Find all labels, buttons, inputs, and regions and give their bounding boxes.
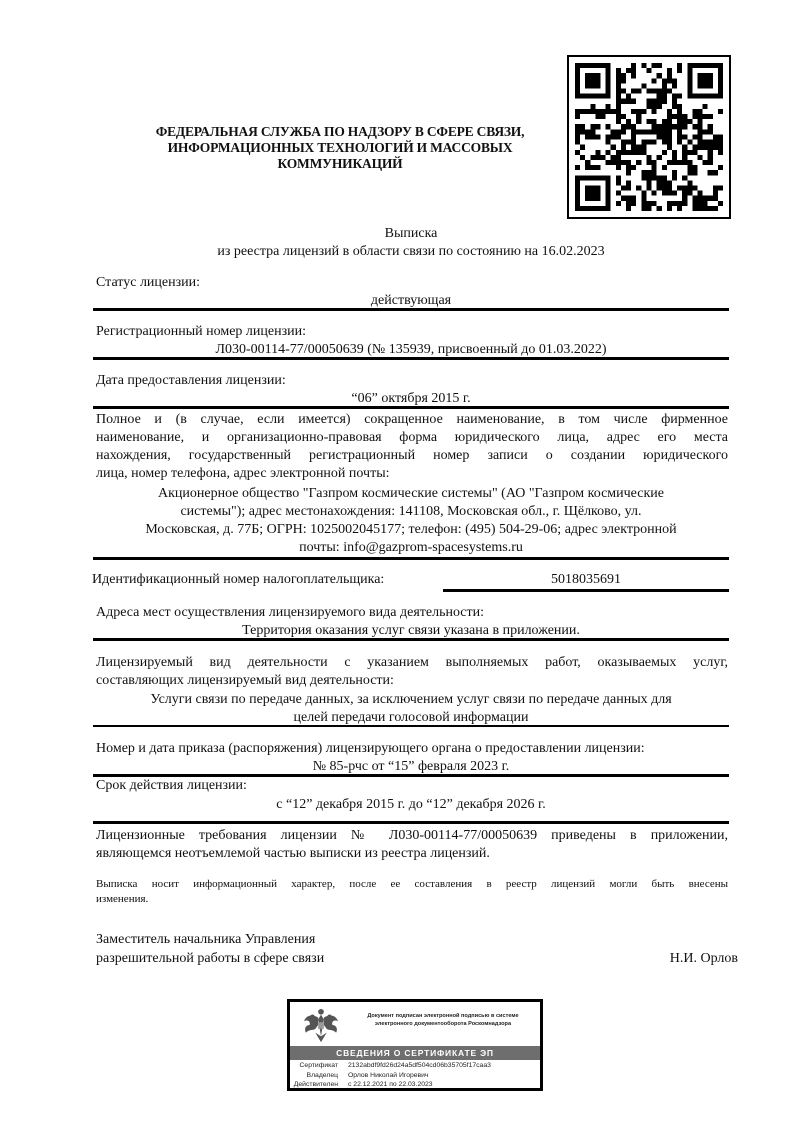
divider <box>93 557 729 560</box>
inn-value: 5018035691 <box>443 572 729 588</box>
signatory-position-line: разрешительной работы в сфере связи <box>96 951 324 967</box>
reg-number-label: Регистрационный номер лицензии: <box>96 324 306 340</box>
divider <box>93 725 729 727</box>
qr-code-icon <box>567 55 731 219</box>
divider <box>93 821 729 824</box>
agency-name: ФЕДЕРАЛЬНАЯ СЛУЖБА ПО НАДЗОРУ В СФЕРЕ СВ… <box>100 124 580 172</box>
e-signature-stamp: Документ подписан электронной подписью в… <box>287 999 543 1091</box>
divider <box>93 774 729 777</box>
signatory-position-line: Заместитель начальника Управления <box>96 932 315 948</box>
certificate-details: Сертификат 2132abdf9fd26d24a5df504cd06b3… <box>290 1061 540 1090</box>
owner-row: Владелец Орлов Николай Игоревич <box>290 1071 540 1081</box>
divider <box>93 357 729 360</box>
validity-row: Действителен с 22.12.2021 по 22.03.2023 <box>290 1080 540 1090</box>
agency-line: ИНФОРМАЦИОННЫХ ТЕХНОЛОГИЙ И МАССОВЫХ <box>100 140 580 156</box>
issue-date-value: “06” октября 2015 г. <box>93 391 729 407</box>
licensee-value: Акционерное общество "Газпром космически… <box>93 485 729 557</box>
licensee-label: Полное и (в случае, если имеется) сокращ… <box>96 411 728 483</box>
stamp-band-title: СВЕДЕНИЯ О СЕРТИФИКАТЕ ЭП <box>290 1046 540 1060</box>
requirements-text: Лицензионные требования лицензии № Л030-… <box>96 827 728 863</box>
agency-line: ФЕДЕРАЛЬНАЯ СЛУЖБА ПО НАДЗОРУ В СФЕРЕ СВ… <box>100 124 580 140</box>
reg-number-value: Л030-00114-77/00050639 (№ 135939, присво… <box>93 342 729 358</box>
divider <box>93 638 729 641</box>
validity-label: Срок действия лицензии: <box>96 778 247 794</box>
divider <box>93 308 729 311</box>
inn-underline <box>443 589 729 592</box>
status-value: действующая <box>93 293 729 309</box>
activity-value: Услуги связи по передаче данных, за искл… <box>93 691 729 727</box>
addresses-value: Территория оказания услуг связи указана … <box>93 623 729 639</box>
order-label: Номер и дата приказа (распоряжения) лице… <box>96 741 645 757</box>
signatory-name: Н.И. Орлов <box>670 951 738 967</box>
addresses-label: Адреса мест осуществления лицензируемого… <box>96 605 484 621</box>
inn-label: Идентификационный номер налогоплательщик… <box>92 572 384 588</box>
document-title: Выписка <box>93 226 729 242</box>
order-value: № 85-рчс от “15” февраля 2023 г. <box>93 759 729 775</box>
issue-date-label: Дата предоставления лицензии: <box>96 373 286 389</box>
disclaimer-note: Выписка носит информационный характер, п… <box>96 877 728 907</box>
validity-value: с “12” декабря 2015 г. до “12” декабря 2… <box>93 797 729 813</box>
status-label: Статус лицензии: <box>96 275 200 291</box>
agency-line: КОММУНИКАЦИЙ <box>100 156 580 172</box>
divider <box>93 406 729 409</box>
double-headed-eagle-icon <box>302 1008 340 1044</box>
certificate-row: Сертификат 2132abdf9fd26d24a5df504cd06b3… <box>290 1061 540 1071</box>
activity-label: Лицензируемый вид деятельности с указани… <box>96 654 728 690</box>
stamp-header: Документ подписан электронной подписью в… <box>350 1012 536 1028</box>
document-subtitle: из реестра лицензий в области связи по с… <box>93 244 729 260</box>
